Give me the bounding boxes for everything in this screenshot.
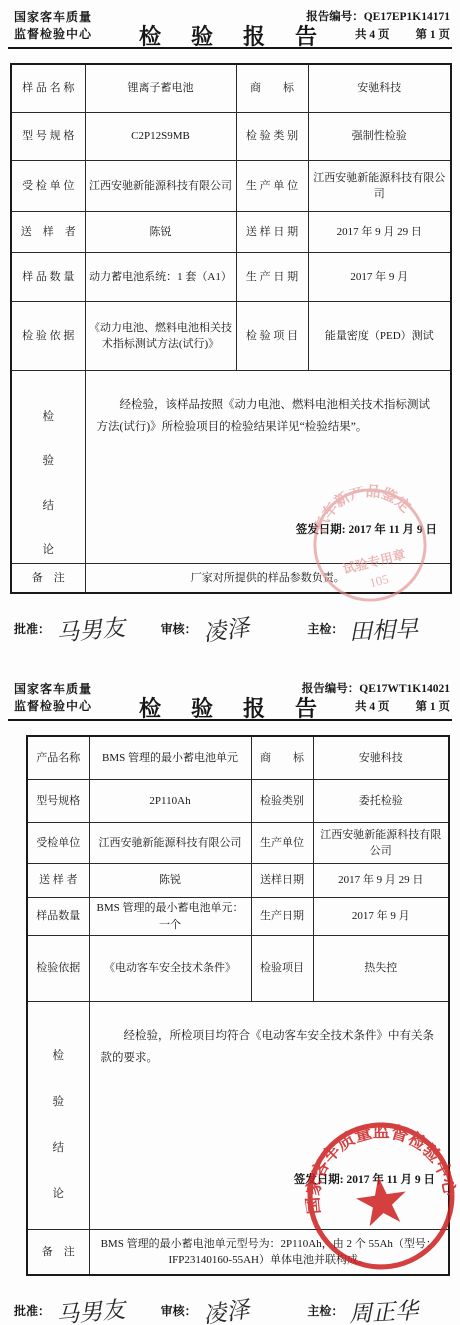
inspection-report-1: 国家客车质量 监督检验中心 检 验 报 告 报告编号：QE17EP1K14171… <box>0 0 460 672</box>
remark-row: 备 注 BMS 管理的最小蓄电池单元型号为：2P110Ah，由 2 个 55Ah… <box>27 1230 449 1276</box>
review-signature: 凌泽 <box>201 1291 251 1325</box>
field-value: 强制性检验 <box>308 113 451 161</box>
signature-review: 审核： 凌泽 <box>161 612 300 645</box>
conclusion-label: 检 验 结 论 <box>11 371 85 564</box>
review-signature: 凌泽 <box>201 609 251 648</box>
field-label: 产品名称 <box>27 736 89 780</box>
signature-approve: 批准： 马男友 <box>14 612 153 645</box>
signature-inspect: 主检： 周正华 <box>307 1294 446 1325</box>
field-label: 送 样 者 <box>27 864 89 898</box>
field-value: BMS 管理的最小蓄电池单元：一个 <box>89 898 251 936</box>
conclusion-cell: 经检验，该样品按照《动力电池、燃料电池相关技术指标测试方法(试行)》所检验项目的… <box>85 371 451 564</box>
conclusion-label-char: 验 <box>53 1094 65 1111</box>
conclusion-row: 检 验 结 论 经检验，所检项目均符合《电动客车安全技术条件》中有关条款的要求。… <box>27 1002 449 1230</box>
field-label: 型 号 规 格 <box>11 113 85 161</box>
field-value: 2017 年 9 月 29 日 <box>308 212 451 253</box>
field-value: C2P12S9MB <box>85 113 236 161</box>
report-header: 国家客车质量 监督检验中心 检 验 报 告 报告编号：QE17EP1K14171… <box>0 0 460 42</box>
conclusion-label-char: 结 <box>53 1140 65 1157</box>
signature-approve: 批准： 马男友 <box>14 1294 153 1325</box>
field-value: 2017 年 9 月 <box>313 898 449 936</box>
conclusion-label-char: 检 <box>53 1048 65 1065</box>
field-value: 委托检验 <box>313 780 449 823</box>
field-label: 检 验 类 别 <box>236 113 308 161</box>
inspection-report-2: 国家客车质量 监督检验中心 检 验 报 告 报告编号：QE17WT1K14021… <box>0 672 460 1325</box>
field-label: 生产单位 <box>251 823 313 864</box>
approve-signature: 马男友 <box>55 1291 127 1325</box>
remark-text: BMS 管理的最小蓄电池单元型号为：2P110Ah，由 2 个 55Ah（型号：… <box>89 1230 449 1276</box>
remark-row: 备 注 厂家对所提供的样品参数负责。 <box>11 564 451 594</box>
field-label: 送 样 者 <box>11 212 85 253</box>
table-row: 型号规格 2P110Ah 检验类别 委托检验 <box>27 780 449 823</box>
field-value: 江西安驰新能源科技有限公司 <box>85 161 236 212</box>
table-row: 送 样 者 陈锐 送样日期 2017 年 9 月 29 日 <box>27 864 449 898</box>
conclusion-text: 经检验，该样品按照《动力电池、燃料电池相关技术指标测试方法(试行)》所检验项目的… <box>97 395 440 439</box>
field-label: 检验依据 <box>27 936 89 1002</box>
field-value: 锂离子蓄电池 <box>85 64 236 113</box>
remark-text: 厂家对所提供的样品参数负责。 <box>85 564 451 594</box>
conclusion-label: 检 验 结 论 <box>27 1002 89 1230</box>
inspect-signature: 田相早 <box>349 610 420 647</box>
field-label: 商 标 <box>251 736 313 780</box>
signature-review: 审核： 凌泽 <box>161 1294 300 1325</box>
table-row: 检验依据 《电动客车安全技术条件》 检验项目 热失控 <box>27 936 449 1002</box>
field-value: 江西安驰新能源科技有限公司 <box>89 823 251 864</box>
field-label: 商 标 <box>236 64 308 113</box>
conclusion-label-char: 论 <box>43 542 55 559</box>
field-value: 安驰科技 <box>308 64 451 113</box>
field-label: 检验项目 <box>251 936 313 1002</box>
inspect-label: 主检： <box>307 620 343 637</box>
approve-label: 批准： <box>14 1302 50 1319</box>
field-value: 动力蓄电池系统：1 套（A1） <box>85 253 236 302</box>
table-row: 样品数量 BMS 管理的最小蓄电池单元：一个 生产日期 2017 年 9 月 <box>27 898 449 936</box>
field-value: 热失控 <box>313 936 449 1002</box>
table-row: 产品名称 BMS 管理的最小蓄电池单元 商 标 安驰科技 <box>27 736 449 780</box>
field-label: 送样日期 <box>251 864 313 898</box>
inspect-signature: 周正华 <box>349 1292 420 1325</box>
inspect-label: 主检： <box>307 1302 343 1319</box>
conclusion-label-char: 结 <box>43 498 55 515</box>
field-value: 2017 年 9 月 29 日 <box>313 864 449 898</box>
issue-date: 签发日期: 2017 年 11 月 9 日 <box>296 522 439 551</box>
table-row: 样 品 数 量 动力蓄电池系统：1 套（A1） 生 产 日 期 2017 年 9… <box>11 253 451 302</box>
field-label: 检 验 项 目 <box>236 302 308 371</box>
table-row: 送 样 者 陈锐 送 样 日 期 2017 年 9 月 29 日 <box>11 212 451 253</box>
field-value: 陈锐 <box>89 864 251 898</box>
field-label: 生 产 日 期 <box>236 253 308 302</box>
field-label: 受 检 单 位 <box>11 161 85 212</box>
signature-row: 批准： 马男友 审核： 凌泽 主检： 周正华 <box>14 1294 446 1325</box>
table-row: 样 品 名 称 锂离子蓄电池 商 标 安驰科技 <box>11 64 451 113</box>
review-label: 审核： <box>161 620 197 637</box>
table-row: 检 验 依 据 《动力电池、燃料电池相关技术指标测试方法(试行)》 检 验 项 … <box>11 302 451 371</box>
signature-inspect: 主检： 田相早 <box>307 612 446 645</box>
report-info-table: 产品名称 BMS 管理的最小蓄电池单元 商 标 安驰科技 型号规格 2P110A… <box>26 735 450 1276</box>
field-label: 检验类别 <box>251 780 313 823</box>
field-value: 2017 年 9 月 <box>308 253 451 302</box>
table-row: 受检单位 江西安驰新能源科技有限公司 生产单位 江西安驰新能源科技有限公司 <box>27 823 449 864</box>
remark-label: 备 注 <box>27 1230 89 1276</box>
approve-signature: 马男友 <box>55 609 127 648</box>
signature-row: 批准： 马男友 审核： 凌泽 主检： 田相早 <box>14 612 446 645</box>
conclusion-label-char: 检 <box>43 409 55 426</box>
field-label: 送 样 日 期 <box>236 212 308 253</box>
field-value: BMS 管理的最小蓄电池单元 <box>89 736 251 780</box>
review-label: 审核： <box>161 1302 197 1319</box>
field-value: 能量密度（PED）测试 <box>308 302 451 371</box>
field-value: 江西安驰新能源科技有限公司 <box>313 823 449 864</box>
issue-date: 签发日期: 2017 年 11 月 9 日 <box>294 1172 437 1217</box>
conclusion-label-char: 验 <box>43 453 55 470</box>
conclusion-label-char: 论 <box>53 1186 65 1203</box>
report-title: 检 验 报 告 <box>0 692 460 723</box>
field-value: 《动力电池、燃料电池相关技术指标测试方法(试行)》 <box>85 302 236 371</box>
report-header: 国家客车质量 监督检验中心 检 验 报 告 报告编号：QE17WT1K14021… <box>0 672 460 714</box>
table-row: 受 检 单 位 江西安驰新能源科技有限公司 生 产 单 位 江西安驰新能源科技有… <box>11 161 451 212</box>
conclusion-text: 经检验，所检项目均符合《电动客车安全技术条件》中有关条款的要求。 <box>101 1026 438 1070</box>
field-label: 样 品 名 称 <box>11 64 85 113</box>
field-value: 江西安驰新能源科技有限公司 <box>308 161 451 212</box>
report-info-table: 样 品 名 称 锂离子蓄电池 商 标 安驰科技 型 号 规 格 C2P12S9M… <box>10 63 452 594</box>
report-title: 检 验 报 告 <box>0 20 460 51</box>
field-label: 样品数量 <box>27 898 89 936</box>
field-value: 陈锐 <box>85 212 236 253</box>
conclusion-row: 检 验 结 论 经检验，该样品按照《动力电池、燃料电池相关技术指标测试方法(试行… <box>11 371 451 564</box>
field-label: 生产日期 <box>251 898 313 936</box>
remark-label: 备 注 <box>11 564 85 594</box>
table-row: 型 号 规 格 C2P12S9MB 检 验 类 别 强制性检验 <box>11 113 451 161</box>
field-value: 2P110Ah <box>89 780 251 823</box>
field-label: 检 验 依 据 <box>11 302 85 371</box>
field-label: 生 产 单 位 <box>236 161 308 212</box>
approve-label: 批准： <box>14 620 50 637</box>
field-label: 型号规格 <box>27 780 89 823</box>
field-label: 样 品 数 量 <box>11 253 85 302</box>
field-value: 《电动客车安全技术条件》 <box>89 936 251 1002</box>
field-label: 受检单位 <box>27 823 89 864</box>
conclusion-cell: 经检验，所检项目均符合《电动客车安全技术条件》中有关条款的要求。 签发日期: 2… <box>89 1002 449 1230</box>
field-value: 安驰科技 <box>313 736 449 780</box>
